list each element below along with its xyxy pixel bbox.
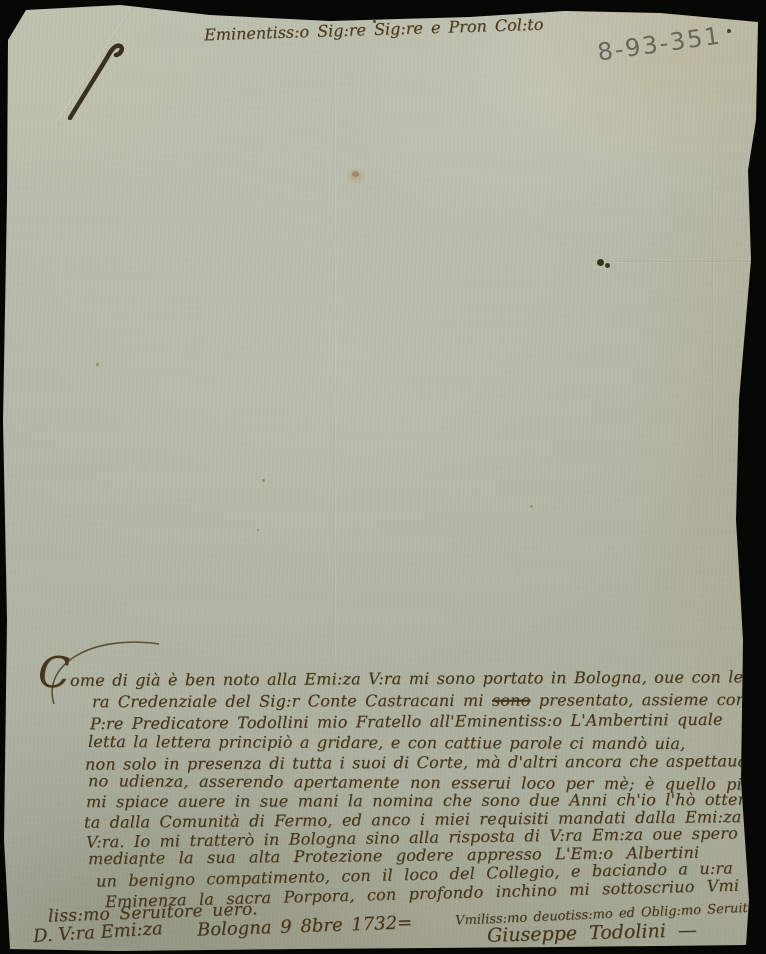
stain-mark xyxy=(352,171,359,177)
drop-cap-initial: C xyxy=(38,652,70,694)
body-line: non solo in presenza di tutta i suoi di … xyxy=(85,751,747,773)
speck xyxy=(262,479,265,482)
ink-blot xyxy=(605,263,610,268)
body-line: ra Credenziale del Sig:r Conte Castracan… xyxy=(92,690,765,711)
fold-crease xyxy=(592,261,766,263)
speck xyxy=(727,29,731,33)
scanner-background: Eminentiss:o Sig:re Sig:re e Pron Col:to… xyxy=(0,0,766,954)
fold-crease xyxy=(334,60,336,660)
ink-blot xyxy=(597,259,604,266)
struck-word: sono xyxy=(492,691,531,710)
body-line: ome di già è ben noto alla Emi:za V:ra m… xyxy=(70,667,766,690)
body-line: P:re Predicatore Todollini mio Fratello … xyxy=(90,710,723,733)
salutation-line: Eminentiss:o Sig:re Sig:re e Pron Col:to xyxy=(204,15,544,45)
signature: Giuseppe Todolini — xyxy=(487,919,697,946)
archival-number: 8-93-351 xyxy=(596,21,724,66)
fold-crease xyxy=(712,140,714,470)
speck xyxy=(530,505,533,508)
ink-stroke-mark xyxy=(58,30,138,120)
speck xyxy=(96,363,99,366)
body-line-segment: ra Credenziale del Sig:r Conte Castracan… xyxy=(92,691,492,711)
speck xyxy=(257,529,259,531)
letter-paper: Eminentiss:o Sig:re Sig:re e Pron Col:to… xyxy=(0,0,766,954)
body-line-segment: presentato, assieme con il xyxy=(530,690,765,710)
body-line: letta la lettera principiò a gridare, e … xyxy=(88,732,685,753)
